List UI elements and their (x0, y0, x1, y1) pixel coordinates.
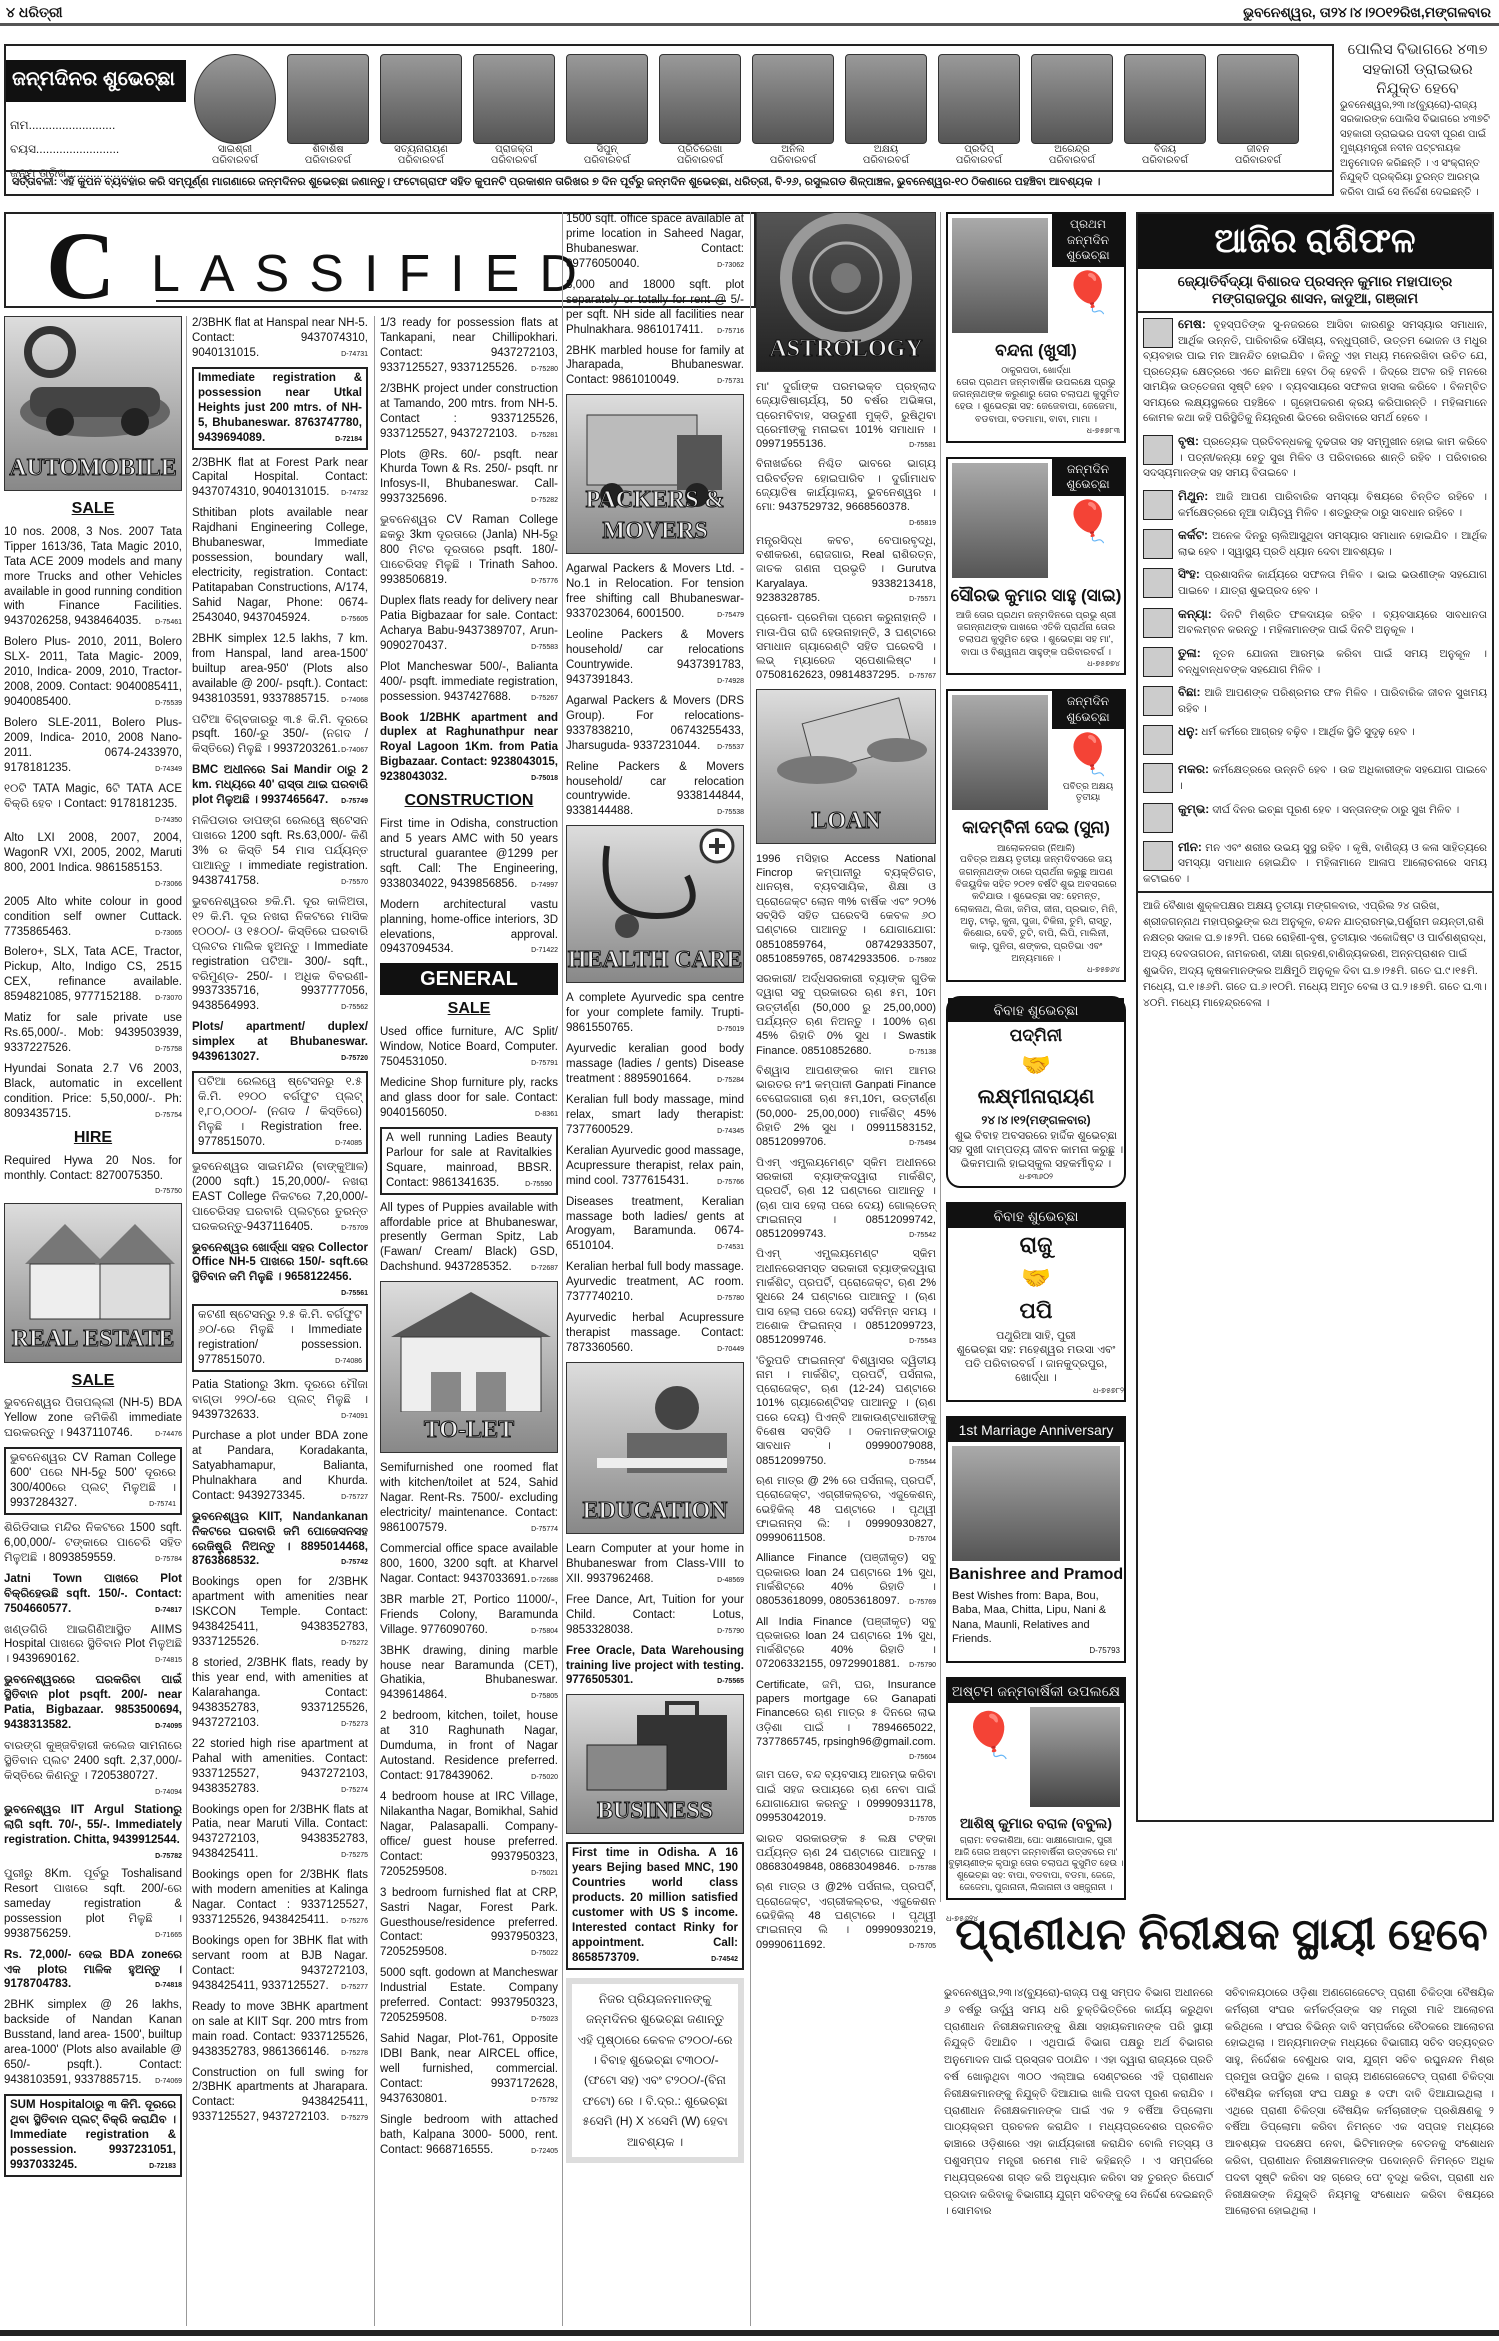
packers-banner: PACKERS & MOVERS (566, 394, 744, 554)
child-portrait (845, 54, 927, 144)
classified-ad: Sahid Nagar, Plot-761, Opposite IDBI Ban… (380, 2032, 558, 2107)
birthday-photo-card: ବିଜୟପରିବାରବର୍ଗ (1124, 54, 1206, 166)
child-message: ଆଜି ତୋର ଅଷ୍ଟମ ଜନ୍ମବାର୍ଷିକୀ ଉତ୍ସବରେ ମା' ବ… (948, 1847, 1124, 1894)
classified-ad: Sthitiban plots available near Rajdhani … (192, 506, 368, 626)
classified-ad: Bolero+, SLX, Tata ACE, Tractor, Pickup,… (4, 945, 182, 1005)
business-ads: First time in Odisha. A 16 years Bejing … (566, 1842, 744, 1970)
automobile-label: AUTOMOBILE (5, 453, 181, 484)
sign-name: କୁମ୍ଭ: (1178, 802, 1209, 816)
ad-code: D-75790 (717, 1627, 744, 1636)
loan-label: LOAN (757, 806, 935, 837)
zodiac-sign-entry: ତୁଳା: ନୂତନ ଯୋଜନା ଆରମ୍ଭ କରିବା ପାଇଁ ସମୟ ଅନ… (1138, 642, 1492, 681)
child-name: ଜୀବନ (1217, 144, 1299, 155)
person-photo (952, 695, 1048, 810)
ad-code: D-75790 (909, 1661, 936, 1670)
ad-code: D-75543 (909, 1337, 936, 1346)
child-name: ପ୍ରଦିପ୍ (938, 144, 1020, 155)
classified-ad: ଭୁବନେଶ୍ୱର ସାଇମନ୍ଦିର (ବାଙ୍କୁଆଳ) (2000 sqf… (192, 1160, 368, 1235)
horoscope-title: ଆଜିର ରାଶିଫଳ (1138, 214, 1492, 269)
classified-ad: Immediate registration & possession near… (192, 367, 368, 450)
ad-code: D-75590 (525, 1180, 552, 1189)
ad-text: ସରକାରୀ/ ଅର୍ଦ୍ଧସରକାରୀ ବ୍ୟାଙ୍କ ଗୁଡିକ ଦ୍ୱାର… (756, 973, 936, 1056)
birthday-photo-card: ସିପୁନ୍ପରିବାରବର୍ଗ (566, 54, 648, 166)
packers-ads: Agarwal Packers & Movers Ltd. - No.1 in … (566, 562, 744, 819)
family-label: ପରିବାରବର୍ଗ (1124, 155, 1206, 166)
classified-ad: 1/3 ready for possession flats at Tankap… (380, 316, 558, 376)
zodiac-sign-entry: ମେଷ: ବୃହସ୍ପତିଙ୍କ ସୁ-ନଜରରେ ଆସିବା କାରଣରୁ ସ… (1138, 313, 1492, 430)
page-number: ୪ ଧରିତ୍ରୀ (6, 4, 63, 21)
ad-code: D-75542 (909, 1231, 936, 1240)
classified-ad: Agarwal Packers & Movers (DRS Group). Fo… (566, 694, 744, 754)
classified-ad: Duplex flats ready for delivery near Pat… (380, 594, 558, 654)
column-property: 2/3BHK flat at Hanspal near NH-5. Contac… (192, 316, 368, 2131)
wedding-greeting-2: ବିବାହ ଶୁଭେଚ୍ଛା ରାଜୁ 🤝 ପପି ପଥୁରିଆ ସାହି, ପ… (946, 1202, 1126, 1402)
ad-code: D-74345 (717, 1127, 744, 1136)
ad-code: D-75802 (909, 956, 936, 965)
ad-code: D-75571 (909, 595, 936, 604)
news-paragraph-1: ଭୁବନେଶ୍ୱର,୨୩।୪(ବ୍ୟୁରୋ)-ରାଜ୍ୟ ପଶୁ ସମ୍ପଦ ବ… (944, 1985, 1213, 2220)
ad-code: D-75279 (341, 2114, 368, 2123)
ad-code: D-75275 (341, 1851, 368, 1860)
ad-code: D-75282 (531, 496, 558, 505)
classified-ad: 22 storied high rise apartment at Pahal … (192, 1737, 368, 1797)
page-header: ୪ ଧରିତ୍ରୀ ଭୁବନେଶ୍ୱର, ତା୨୪।୪।୨୦୧୨ରିଖ,ମଙ୍ଗ… (0, 0, 1499, 26)
sign-name: ଧନୁ: (1178, 724, 1198, 738)
ad-code: D-75605 (341, 615, 368, 624)
sign-name: ମୀନ: (1178, 840, 1202, 854)
column-automobile-realestate: AUTOMOBILE SALE 10 nos. 2008, 3 Nos. 200… (4, 316, 182, 2183)
classified-ad: Book 1/2BHK apartment and duplex at Ragh… (380, 711, 558, 786)
age-field: ବୟସ......................... (10, 142, 119, 157)
ad-code: D-75776 (531, 577, 558, 586)
ad-text: SUM Hospitalଠାରୁ ୩ କିମି. ଦୂରରେ ଥିବା ସ୍ଥି… (10, 2099, 176, 2171)
child-name: ସତ୍ୟନାରାୟଣ (380, 144, 462, 155)
ad-code: D-75792 (531, 2096, 558, 2105)
ad-text: ପ୍ରେମୀ- ପ୍ରେମିକା ପ୍ରେମ କରୁନାହାନ୍ତି । ମାତ… (756, 612, 936, 681)
ad-text: ପୁରୀରୁ 8Km. ପୂର୍ବରୁ Toshalisand Resort ପ… (4, 1868, 182, 1940)
ad-code: D-75267 (531, 694, 558, 703)
birthday-photo-card: ଶିବାଶିଷପରିବାରବର୍ଗ (287, 54, 369, 166)
ad-code: D-75284 (717, 1076, 744, 1085)
name-field: ନାମ.......................... (10, 118, 115, 133)
general-sale-heading: SALE (380, 999, 558, 1020)
wedding-badge: ବିବାହ ଶୁଭେଚ୍ଛା (948, 998, 1124, 1022)
ad-code: D-48569 (717, 1576, 744, 1585)
sign-forecast: ବୃହସ୍ପତିଙ୍କ ସୁ-ନଜରରେ ଆସିବା କାରଣରୁ ସମସ୍ୟା… (1143, 319, 1487, 424)
ad-text: Bolero Plus- 2010, 2011, Bolero SLX- 201… (4, 636, 182, 708)
sign-name: ବୃଷ: (1178, 434, 1199, 448)
column-astrology-loan: ASTROLOGY ମା' ଦୁର୍ଗାଙ୍କ ପରମଭକ୍ତ ପ୍ରହ୍ଲାଦ… (756, 212, 936, 1958)
classified-ad: Hyundai Sonata 2.7 V6 2003, Black, autom… (4, 1062, 182, 1122)
ad-text: ଭୁବନେଶ୍ୱର ସାଇମନ୍ଦିର (ବାଙ୍କୁଆଳ) (2000 sqf… (192, 1161, 368, 1233)
classified-ad: Diseases treatment, Keralian massage bot… (566, 1195, 744, 1255)
ad-text: 8 storied, 2/3BHK flats, ready by this y… (192, 1657, 368, 1729)
child-name: ବିଜୟ (1124, 144, 1206, 155)
classified-ad: ମା' ଦୁର୍ଗାଙ୍କ ପରମଭକ୍ତ ପ୍ରହ୍ଲାଦ ଜ୍ୟୋତିଷାଚ… (756, 380, 936, 451)
greeting-name: ସୌରଭ କୁମାର ସାହୁ (ସାଇ) (948, 585, 1124, 607)
greeting-promo-text: ନିଜର ପ୍ରିୟଜନମାନଙ୍କୁ ଜନ୍ମଦିନର ଶୁଭେଚ୍ଛା ଜଣ… (572, 1984, 738, 2157)
astrologer-address: ମଙ୍ଗରାଜପୁର ଶାସନ, କାଦୁଆ, ଗଞ୍ଜାମ (1142, 290, 1488, 307)
ad-code: D-75705 (909, 1815, 936, 1824)
classified-ad: 'ତିରୁପତି ଫାଇନାନ୍ସ' ବିଶ୍ୱାସର ଦ୍ୱିତୀୟ ନାମ … (756, 1354, 936, 1468)
groom-name: ଲକ୍ଷ୍ମୀନାରାୟଣ (948, 1084, 1124, 1110)
page-bottom-rule (0, 2330, 1499, 2336)
greeting-message: ତୋର ପ୍ରଥମ ଜନ୍ମବାର୍ଷିକ ଉପଲକ୍ଷେ ପ୍ରଭୁ ଜଗନ୍… (948, 377, 1124, 426)
realestate-label: REAL ESTATE (5, 1324, 181, 1355)
classified-ad: ପିଏମ୍ ଏମ୍ପ୍ଲୟମେଣ୍ଟ ସ୍କିମ ଅଧୀନରେ ସରକାରୀ ବ… (756, 1156, 936, 1242)
birthday-photo-card: ଅକ୍ଷୟପରିବାରବର୍ଗ (845, 54, 927, 166)
news-paragraph-2: ସଚିବାଳୟଠାରେ ଓଡ଼ିଶା ଅଣଗେଜେଟେଡ୍ ପ୍ରାଣୀ ଚିକ… (1225, 1985, 1494, 2220)
ad-text: ବିଶ୍ୱାସ ଆପଣଙ୍କର କାମ ଆମର ଭାରତର ନଂ1 କମ୍ପାନ… (756, 1065, 936, 1148)
ad-code: D-73066 (155, 880, 182, 889)
classified-ad: Leoline Packers & Movers household/ car … (566, 628, 744, 688)
ad-code: D-74476 (155, 1430, 182, 1439)
sign-forecast: ଆଜି ଆପଣ ପାରିବାରିକ ସମସ୍ୟା ବିଷୟରେ ଚିନ୍ତିତ … (1178, 491, 1487, 519)
couple-photo (952, 1446, 1120, 1561)
child-portrait (287, 54, 369, 144)
ad-code: D-75716 (717, 327, 744, 336)
classified-ad: Plots/ apartment/ duplex/ simplex at Bhu… (192, 1020, 368, 1065)
ad-code: D-74094 (155, 1788, 182, 1797)
balloons-icon: 🎈 (952, 1707, 1026, 1807)
ad-text: ଭୁବନେଶ୍ୱର CV Raman College ଛକରୁ 3km ଦୂରତ… (380, 514, 558, 586)
classified-ad: 2/3BHK flat at Hanspal near NH-5. Contac… (192, 316, 368, 361)
ad-code: D-75565 (717, 1677, 744, 1686)
classified-word: LASSIFIED (151, 244, 597, 304)
building-icon (381, 1282, 557, 1412)
ad-code: D-75774 (531, 1525, 558, 1534)
ad-code: D-74067 (341, 746, 368, 755)
child-portrait (1031, 54, 1113, 144)
ad-code: D-75494 (909, 1139, 936, 1148)
ad-code: D-75538 (717, 808, 744, 817)
stethoscope-icon (567, 826, 743, 946)
zodiac-symbol-icon (1143, 686, 1173, 716)
birthday-photo-card: ପ୍ରିତିରେଖାପରିବାରବର୍ଗ (659, 54, 741, 166)
family-label: ପରିବାରବର୍ଗ (566, 155, 648, 166)
ad-code: D-75742 (341, 1558, 368, 1567)
classified-ad: Bookings open for 2/3BHK flats at Patia,… (192, 1803, 368, 1863)
ad-code: D-75023 (531, 2015, 558, 2024)
ad-text: ଭୁବନେଶ୍ୱରର ୭କି.ମି. ଦୂର କାଳିଅତା, ୧୨ କି.ମି… (192, 896, 368, 1013)
ad-code: D-74997 (531, 881, 558, 890)
healthcare-label: HEALTH CARE (567, 945, 743, 976)
column-divider (186, 316, 187, 2326)
column-greetings: ପ୍ରଥମ ଜନ୍ମଦିନ ଶୁଭେଚ୍ଛା🎈ବନ୍ଦନା (ଖୁସୀ)ଠାକୁ… (946, 212, 1126, 1924)
classified-ad: ମଳିପଡାର ଡାପଙ୍ଗ ରେଲୱେ ଷ୍ଟେସନ ପାଖରେ 1200 s… (192, 814, 368, 889)
general-heading: GENERAL (380, 963, 558, 995)
family-label: ପରିବାରବର୍ଗ (752, 155, 834, 166)
child-photo (1030, 1707, 1120, 1807)
property-ads: 2/3BHK flat at Hanspal near NH-5. Contac… (192, 316, 368, 2125)
ad-code: D-75272 (341, 1639, 368, 1648)
ad-code: D-72405 (531, 2147, 558, 2156)
classified-ad: 1500 sqft. office space available at pri… (566, 212, 744, 272)
classified-ad: Matiz for sale private use Rs.65,000/-. … (4, 1011, 182, 1056)
classified-ad: 3 bedroom furnished flat at CRP, Sastri … (380, 1886, 558, 1961)
ad-code: D-72184 (335, 435, 362, 444)
classified-ad: ପୁରୀରୁ 8Km. ପୂର୍ବରୁ Toshalisand Resort ପ… (4, 1867, 182, 1942)
news-headline: ପ୍ରାଣୀଧନ ନିରୀକ୍ଷକ ସ୍ଥାୟୀ ହେବେ (944, 1910, 1499, 1960)
ad-text: Immediate registration & possession near… (198, 372, 362, 444)
healthcare-ads: A complete Ayurvedic spa centre for your… (566, 991, 744, 1356)
construction-heading: CONSTRUCTION (380, 791, 558, 812)
classified-ad: ଶିରିଡିସାଇ ମନ୍ଦିର ନିକଟରେ 1500 sqft. 6,00,… (4, 1521, 182, 1566)
panjika-almanac: ଆଜି ବୈଶାଖ ଶୁକ୍ଳପକ୍ଷର ଅକ୍ଷୟ ତୃତୀୟା ମଙ୍ଗଳବ… (1138, 891, 1492, 1017)
police-headline: ପୋଲିସ ବିଭାଗରେ ୪୩୭ ସହକାରୀ ଡ୍ରାଇଭର ନିଯୁକ୍ତ… (1340, 40, 1495, 99)
classified-ad: Bookings open for 3BHK flat with servant… (192, 1934, 368, 1994)
classified-ad: Bookings open for 2/3BHK apartment with … (192, 1575, 368, 1650)
education-banner: EDUCATION (566, 1362, 744, 1534)
classified-ad: 2 bedroom, kitchen, toilet, house at 310… (380, 1709, 558, 1784)
ad-code: D-75273 (341, 1720, 368, 1729)
ad-code: D-75767 (909, 672, 936, 681)
education-label: EDUCATION (567, 1496, 743, 1527)
classified-ad: 2BHK simplex @ 26 lakhs, backside of Nan… (4, 1998, 182, 2088)
police-news: ପୋଲିସ ବିଭାଗରେ ୪୩୭ ସହକାରୀ ଡ୍ରାଇଭର ନିଯୁକ୍ତ… (1340, 40, 1495, 200)
ad-text: ବାରଙ୍ଗ କୁଞ୍ଜବିହାରୀ କଲେଜ ସାମନାରେ ସ୍ଥିତିବା… (4, 1740, 182, 1782)
ad-text: 2 bedroom, kitchen, toilet, house at 310… (380, 1710, 558, 1782)
sign-name: କନ୍ୟା: (1178, 607, 1212, 621)
ad-code: D-75704 (909, 1535, 936, 1544)
sign-forecast: ଦୀର୍ଘ ଦିନର ଇଚ୍ଛା ପୂରଣ ହେବ । ସନ୍ତାନଙ୍କ ଠା… (1212, 804, 1459, 816)
ad-text: Required Hywa 20 Nos. for monthly. Conta… (4, 1155, 182, 1182)
child-portrait (380, 54, 462, 144)
classified-ad: Keralian herbal full body massage. Ayurv… (566, 1260, 744, 1305)
ad-code: D-75281 (531, 431, 558, 440)
ad-code: D-75022 (531, 1949, 558, 1958)
classified-ad: 2BHK marbled house for family at Jharapa… (566, 344, 744, 389)
ad-code: D-75754 (155, 1111, 182, 1120)
dateline: ଭୁବନେଶ୍ୱର, ତା୨୪।୪।୨୦୧୨ରିଖ,ମଙ୍ଗଳବାର (1243, 4, 1491, 21)
ad-text: Semifurnished one roomed flat with kitch… (380, 1462, 558, 1534)
ad-code: D-75021 (531, 1869, 558, 1878)
classified-ad: 3BR marble 2T, Portico 11000/-, Friends … (380, 1593, 558, 1638)
healthcare-banner: HEALTH CARE (566, 825, 744, 983)
ad-code: D-75278 (341, 2049, 368, 2058)
classified-ad: Bookings open for 2/3BHK flats with mode… (192, 1868, 368, 1928)
classified-ad: 3BHK drawing, dining marble house near B… (380, 1644, 558, 1704)
hire-ads: Required Hywa 20 Nos. for monthly. Conta… (4, 1154, 182, 1197)
news-article: ଭୁବନେଶ୍ୱର,୨୩।୪(ବ୍ୟୁରୋ)-ରାଜ୍ୟ ପଶୁ ସମ୍ପଦ ବ… (944, 1985, 1494, 2220)
greeting-badge: ପ୍ରଥମ ଜନ୍ମଦିନ ଶୁଭେଚ୍ଛା (1052, 214, 1124, 267)
classified-ad: Purchase a plot under BDA zone at Pandar… (192, 1429, 368, 1504)
ad-code: D-72183 (149, 2162, 176, 2171)
wedding-greeting-1: ବିବାହ ଶୁଭେଚ୍ଛା ପଦ୍ମିନୀ 🤝 ଲକ୍ଷ୍ମୀନାରାୟଣ ୨… (946, 996, 1126, 1188)
ad-code: D-74732 (341, 489, 368, 498)
birthday-photo-card: ପ୍ରାଜକ୍ତାପରିବାରବର୍ଗ (473, 54, 555, 166)
classified-ad: A well running Ladies Beauty Parlour for… (380, 1127, 558, 1195)
zodiac-symbol-icon (1143, 318, 1173, 348)
child-name: ଅକ୍ଷୟ (845, 144, 927, 155)
child-portrait (752, 54, 834, 144)
column-divider (750, 212, 751, 2326)
sign-forecast: ଦିନଟି ମିଶ୍ରିତ ଫଳଦାୟକ ରହିବ । ବ୍ୟବସାୟରେ ସା… (1178, 609, 1487, 637)
zodiac-sign-entry: କର୍କଟ: ଅନେକ ଦିନରୁ ଚାଲିଆସୁଥିବା ସମସ୍ୟାର ସମ… (1138, 524, 1492, 563)
couple-names: Banishree and Pramod (948, 1565, 1124, 1586)
eighth-birthday-badge: ଅଷ୍ଟମ ଜନ୍ମବାର୍ଷିକୀ ଉପଲକ୍ଷେ (948, 1679, 1124, 1703)
ad-text: ମା' ଦୁର୍ଗାଙ୍କ ପରମଭକ୍ତ ପ୍ରହ୍ଲାଦ ଜ୍ୟୋତିଷାଚ… (756, 381, 936, 450)
classified-ad: First time in Odisha, construction and 5… (380, 817, 558, 892)
zodiac-sign-entry: ମିଥୁନ: ଆଜି ଆପଣ ପାରିବାରିକ ସମସ୍ୟା ବିଷୟରେ ଚ… (1138, 485, 1492, 524)
child-name: ପ୍ରିତିରେଖା (659, 144, 741, 155)
zodiac-symbol-icon (1143, 841, 1173, 871)
zodiac-sign-entry: କୁମ୍ଭ: ଦୀର୍ଘ ଦିନର ଇଚ୍ଛା ପୂରଣ ହେବ । ସନ୍ତା… (1138, 798, 1492, 836)
general-ads: Used office furniture, A/C Split/ Window… (380, 1025, 558, 1275)
classified-ad: Free Dance, Art, Tuition for your Child.… (566, 1593, 744, 1638)
construction-ads: First time in Odisha, construction and 5… (380, 817, 558, 957)
ad-code: D-75731 (717, 377, 744, 386)
money-hands-icon (757, 690, 935, 805)
ad-text: Certificate, ଜମି, ଘର, Insurance papers m… (756, 1679, 936, 1748)
classified-ad: Jatni Town ପାଖରେ Plot ବିକ୍ରିହେଉଛି sqft. … (4, 1572, 182, 1617)
classified-ad: 4 bedroom house at IRC Village, Nilakant… (380, 1790, 558, 1880)
classified-ad: Ayurvedic herbal Acupressure therapist m… (566, 1311, 744, 1356)
classified-ad: ପଟିଆ ବିଗ୍‌ବଜାରରୁ ୩.୫ କି.ମି. ଦୂରରେ psqft.… (192, 713, 368, 758)
ad-code: D-74928 (717, 677, 744, 686)
ad-code: D-75544 (909, 1458, 936, 1467)
business-label: BUSINESS (567, 1796, 743, 1827)
sign-forecast: ଅନେକ ଦିନରୁ ଚାଲିଆସୁଥିବା ସମସ୍ୟାର ସମାଧାନ ହୋ… (1178, 530, 1487, 558)
ad-text: All types of Puppies available with affo… (380, 1202, 558, 1274)
child-name: ସାଇଶ୍ରୀ (194, 144, 276, 155)
ad-code: ଧ-୭୫୭୭୪ (948, 659, 1124, 669)
child-name: ସିପୁନ୍ (566, 144, 648, 155)
ad-text: ପଟିଆ ରେଲୱେ ଷ୍ଟେସନରୁ ୧.୫ କି.ମି. ୧୨୦୦ ବର୍ଗ… (198, 1076, 362, 1148)
classified-ad: 5000 sqft. godown at Mancheswar Industri… (380, 1966, 558, 2026)
child-portrait (1217, 54, 1299, 144)
zodiac-sign-entry: ଧନୁ: ଧର୍ମ କର୍ମରେ ଆଗ୍ରହ ବଢ଼ିବ । ଆର୍ଥିକ ସ୍… (1138, 720, 1492, 758)
column-construction-general-tolet: 1/3 ready for possession flats at Tankap… (380, 316, 558, 2164)
sign-forecast: କର୍ମକ୍ଷେତ୍ରରେ ଉନ୍ନତି ହେବ । ଉଚ୍ଚ ଅଧିକାରୀଙ… (1178, 764, 1487, 792)
zodiac-symbol-icon (1143, 529, 1173, 559)
zodiac-symbol-icon (1143, 435, 1173, 465)
zodiac-sign-entry: ମକର: କର୍ମକ୍ଷେତ୍ରରେ ଉନ୍ନତି ହେବ । ଉଚ୍ଚ ଅଧି… (1138, 758, 1492, 797)
classified-ad: Plots @Rs. 60/- psqft. near Khurda Town … (380, 448, 558, 508)
ad-code: D-75791 (531, 1059, 558, 1068)
child-portrait (194, 54, 276, 144)
child-portrait (1124, 54, 1206, 144)
house-icon (5, 1204, 181, 1324)
classified-ad: Rs. 72,000/- ଦେଇ BDA zoneରେ ଏକ plotର ମାଳ… (4, 1948, 182, 1993)
property-ads-2: 1/3 ready for possession flats at Tankap… (380, 316, 558, 785)
ad-text: 'ତିରୁପତି ଫାଇନାନ୍ସ' ବିଶ୍ୱାସର ଦ୍ୱିତୀୟ ନାମ … (756, 1355, 936, 1467)
handshake-icon-2: 🤝 (948, 1263, 1124, 1294)
ad-code: D-74068 (341, 696, 368, 705)
column-divider (562, 212, 563, 2326)
birthday-photos: ସାଇଶ୍ରୀପରିବାରବର୍ଗଶିବାଶିଷପରିବାରବର୍ଗସତ୍ୟନା… (194, 54, 1299, 166)
classified-ad: Keralian Ayurvedic good massage, Acupres… (566, 1144, 744, 1189)
classified-ad: Medicine Shop furniture ply, racks and g… (380, 1076, 558, 1121)
child-name: ଅରେନ୍ଦ୍ର (1031, 144, 1113, 155)
child-name: ଶିବାଶିଷ (287, 144, 369, 155)
classified-ad: ଭୁବନେଶ୍ୱର IIT Argul Stationରୁ ଲାଗି sqft.… (4, 1803, 182, 1861)
classified-ad: 3,000 and 18000 sqft. plot separately or… (566, 278, 744, 338)
sale-heading-2: SALE (4, 1371, 182, 1392)
ad-code: D-75604 (909, 1753, 936, 1762)
classified-ad: Free Oracle, Data Warehousing training l… (566, 1644, 744, 1689)
car-motorbike-icon (5, 317, 181, 457)
astrology-banner: ASTROLOGY (756, 212, 936, 372)
ad-code: D-74817 (155, 1606, 182, 1615)
classified-ad: Ayurvedic keralian good body massage (la… (566, 1042, 744, 1087)
ad-code: D-72687 (531, 1264, 558, 1273)
classified-ad: First time in Odisha. A 16 years Bejing … (566, 1842, 744, 1970)
ad-code: D-75788 (909, 1864, 936, 1873)
sign-forecast: ଆଜି ଆପଣଙ୍କ ପରିଶ୍ରମର ଫଳ ମିଳିବ । ପାରିବାରିକ… (1178, 687, 1487, 715)
realestate-ads: ଭୁବନେଶ୍ୱର ପିତାପଲ୍ଲୀ (NH-5) BDA Yellow zo… (4, 1396, 182, 2176)
ad-text: ପିଏମ୍ ଏମ୍ପ୍ଲୟମେଣ୍ଟ ସ୍କିମ ଅଧୀନରେ ସରକାରୀ ବ… (756, 1157, 936, 1240)
classified-ad: ଖଣ୍ଡଗିରି ଆଇଗିଣିଆସ୍ଥିତ AIIMS Hospital ପାଖ… (4, 1623, 182, 1668)
ad-code: D-75709 (341, 1224, 368, 1233)
child-name: ପ୍ରାଜକ୍ତା (473, 144, 555, 155)
greeting-message: ଆଜି ତୋର ପ୍ରଥମ ଜନ୍ମଦିନରେ ପ୍ରଭୁ ଶ୍ରୀ ଜଗନ୍ନ… (948, 610, 1124, 659)
ad-code: D-75570 (341, 878, 368, 887)
ad-code: D-74815 (155, 1656, 182, 1665)
ad-code: ଧ-୭୫୭୮୩ (948, 426, 1124, 436)
classified-ad: 2/3BHK project under construction at Tam… (380, 382, 558, 442)
ad-text: ଭୁବନେଶ୍ୱର ଖୋର୍ଦ୍ଧା ସହର Collector Office … (192, 1242, 368, 1284)
birthday-photo-card: ସାଇଶ୍ରୀପରିବାରବର୍ଗ (194, 54, 276, 166)
classified-ad: Learn Computer at your home in Bhubanesw… (566, 1542, 744, 1587)
ad-code-2: ଧ-୭୫୭୮୨ (948, 1386, 1124, 1396)
greeting-badge: ଜନ୍ମଦିନ ଶୁଭେଚ୍ଛା (1052, 459, 1124, 496)
ad-code: D-75741 (149, 1500, 176, 1509)
ad-code: D-72688 (531, 1576, 558, 1585)
ad-text: 2BHK simplex 12.5 lakhs, 7 km. from Hans… (192, 633, 368, 705)
zodiac-symbol-icon (1143, 568, 1173, 598)
greeting-name: ବନ୍ଦନା (ଖୁସୀ) (948, 340, 1124, 362)
greeting-message: ପବିତ୍ର ଅକ୍ଷୟ ତୃତୀୟା ଜନ୍ମଦିବସରେ ଜୟ ଜଗନ୍ନା… (948, 854, 1124, 965)
zodiac-symbol-icon (1143, 647, 1173, 677)
sale-heading: SALE (4, 499, 182, 520)
zodiac-signs: ମେଷ: ବୃହସ୍ପତିଙ୍କ ସୁ-ନଜରରେ ଆସିବା କାରଣରୁ ସ… (1138, 313, 1492, 891)
zodiac-symbol-icon (1143, 763, 1173, 793)
student-writing-icon (567, 1363, 743, 1493)
ad-code: D-75539 (155, 699, 182, 708)
zodiac-symbol-icon (1143, 803, 1173, 833)
sign-forecast: ନୂତନ ଯୋଜନା ଆରମ୍ଭ କରିବା ପାଇଁ ସମୟ ଅନୁକୂଳ ।… (1178, 648, 1487, 676)
education-ads: Learn Computer at your home in Bhubanesw… (566, 1542, 744, 1688)
child-portrait (473, 54, 555, 144)
birthday-photo-card: ପ୍ରଦିପ୍ପରିବାରବର୍ଗ (938, 54, 1020, 166)
classified-ad: Semifurnished one roomed flat with kitch… (380, 1461, 558, 1536)
ad-code: D-75705 (909, 1942, 936, 1951)
classified-ad: Keralian full body massage, mind relax, … (566, 1093, 744, 1138)
tolet-banner: TO-LET (380, 1281, 558, 1453)
ad-text: Sthitiban plots available near Rajdhani … (192, 507, 368, 624)
classified-ad: All India Finance (ପଞ୍ଜୀକୃତ) ସବୁ ପ୍ରକାରର… (756, 1615, 936, 1672)
ad-code: D-74818 (155, 1981, 182, 1990)
classified-ad: Construction on full swing for 2/3BHK ap… (192, 2066, 368, 2126)
classified-ad: Required Hywa 20 Nos. for monthly. Conta… (4, 1154, 182, 1197)
packers-label: PACKERS & MOVERS (567, 485, 743, 547)
birthday-greeting-card: ପ୍ରଥମ ଜନ୍ମଦିନ ଶୁଭେଚ୍ଛା🎈ବନ୍ଦନା (ଖୁସୀ)ଠାକୁ… (946, 212, 1126, 443)
classified-ad: ସରକାରୀ/ ଅର୍ଦ୍ଧସରକାରୀ ବ୍ୟାଙ୍କ ଗୁଡିକ ଦ୍ୱାର… (756, 972, 936, 1058)
astrologer-info: ଜ୍ୟୋତିର୍ବିଦ୍ୟା ବିଶାରଦ ପ୍ରସନ୍ନ କୁମାର ମହାପ… (1138, 269, 1492, 313)
sign-name: କର୍କଟ: (1178, 528, 1208, 542)
child-portrait (659, 54, 741, 144)
classified-ad: ପିଏମ୍ ଏମ୍ପ୍ଲୟମେଣ୍ଟ ସ୍କିମ ଅଧୀନରେସମସ୍ତ ସରକ… (756, 1247, 936, 1347)
classified-ad: Bolero SLE-2011, Bolero Plus-2009, Indic… (4, 716, 182, 776)
ad-text: ଋଣ ମାତ୍ର @ 2% ରେ ପର୍ସନାଲ୍, ପ୍ରପର୍ଟି, ପ୍ର… (756, 1475, 936, 1544)
ad-code: D-75276 (341, 1917, 368, 1926)
zodiac-sign-entry: ବୃଷ: ପ୍ରତ୍ୟେକ ପ୍ରତିବନ୍ଧକକୁ ଦୃଢତାର ସହ ସମ୍… (1138, 430, 1492, 485)
handshake-icon: 🤝 (948, 1050, 1124, 1081)
family-label: ପରିବାରବର୍ଗ (1031, 155, 1113, 166)
classified-ad: ଭୁବନେଶ୍ୱରର ୭କି.ମି. ଦୂର କାଳିଅତା, ୧୨ କି.ମି… (192, 895, 368, 1015)
ad-code: D-70449 (717, 1345, 744, 1354)
